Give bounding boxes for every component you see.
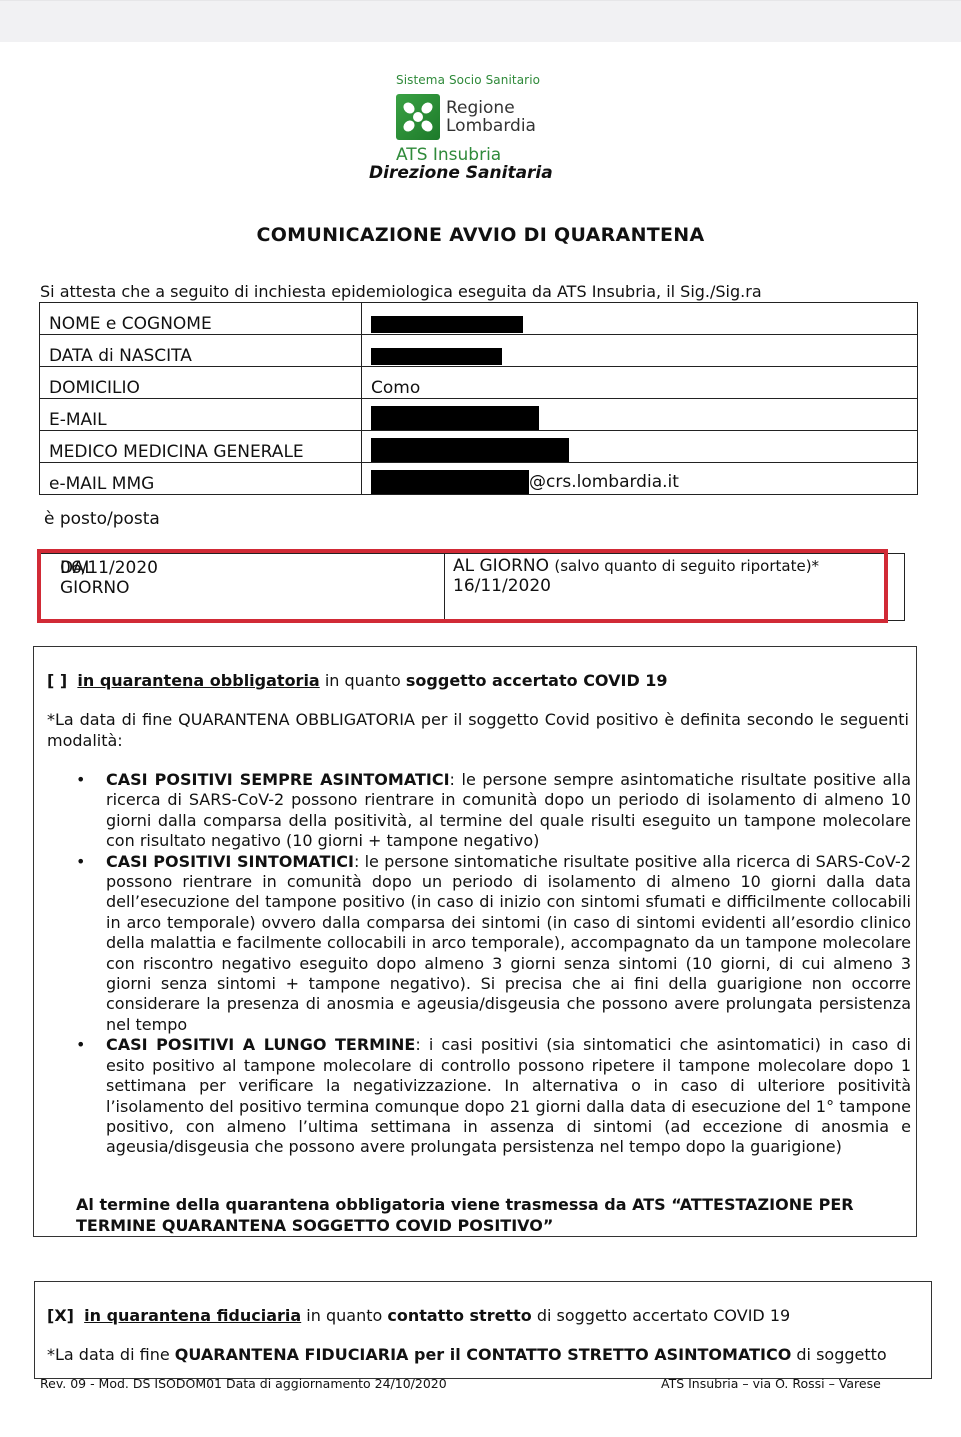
fiduciary-contact: contatto stretto xyxy=(387,1306,531,1325)
mandatory-checkbox[interactable]: [ ] xyxy=(47,671,67,690)
field-label: NOME e COGNOME xyxy=(40,303,362,335)
footer-address: ATS Insubria – via O. Rossi – Varese xyxy=(661,1376,881,1391)
department-name: Direzione Sanitaria xyxy=(369,163,553,183)
field-value xyxy=(362,303,918,335)
logo-subtitle: Sistema Socio Sanitario xyxy=(396,73,540,87)
fiduciary-checkbox[interactable]: [X] xyxy=(47,1306,74,1325)
redaction-bar xyxy=(371,470,529,494)
field-label: E-MAIL xyxy=(40,399,362,431)
table-row: E-MAIL xyxy=(40,399,918,431)
table-row: NOME e COGNOME xyxy=(40,303,918,335)
table-row: e-MAIL MMG@crs.lombardia.it xyxy=(40,463,918,495)
mandatory-intro: *La data di fine QUARANTENA OBBLIGATORIA… xyxy=(47,710,909,751)
redaction-bar xyxy=(371,316,523,333)
field-label: DOMICILIO xyxy=(40,367,362,399)
intro-text: Si attesta che a seguito di inchiesta ep… xyxy=(40,282,762,301)
field-label: e-MAIL MMG xyxy=(40,463,362,495)
field-value xyxy=(362,335,918,367)
list-item: CASI POSITIVI SINTOMATICI: le persone si… xyxy=(106,852,911,1036)
mandatory-closing: Al termine della quarantena obbligatoria… xyxy=(76,1195,916,1236)
fiduciary-intro: *La data di fine QUARANTENA FIDUCIARIA p… xyxy=(47,1345,887,1364)
personal-info-table: NOME e COGNOMEDATA di NASCITADOMICILIOCo… xyxy=(39,302,918,495)
fiduciary-title: in quarantena fiduciaria xyxy=(84,1306,301,1325)
mandatory-title: in quarantena obbligatoria xyxy=(77,671,319,690)
fiduciary-heading: [X] in quarantena fiduciaria in quanto c… xyxy=(47,1306,790,1325)
list-item: CASI POSITIVI SEMPRE ASINTOMATICI: le pe… xyxy=(106,770,911,852)
field-value xyxy=(362,431,918,463)
table-row: DOMICILIOComo xyxy=(40,367,918,399)
list-item: CASI POSITIVI A LUNGO TERMINE: i casi po… xyxy=(106,1035,911,1157)
field-label: MEDICO MEDICINA GENERALE xyxy=(40,431,362,463)
table-row: DATA di NASCITA xyxy=(40,335,918,367)
redaction-bar xyxy=(371,348,502,365)
field-value: @crs.lombardia.it xyxy=(362,463,918,495)
redaction-bar xyxy=(371,406,539,430)
footer-revision: Rev. 09 - Mod. DS ISODOM01 Data di aggio… xyxy=(40,1376,447,1391)
regione-lombardia-rose-icon xyxy=(396,94,440,140)
table-row: MEDICO MEDICINA GENERALE xyxy=(40,431,918,463)
highlight-annotation xyxy=(37,549,888,623)
viewer-top-bar xyxy=(0,0,961,42)
fiduciary-quarantine-section: [X] in quarantena fiduciaria in quanto c… xyxy=(34,1281,932,1379)
logo-agency: ATS Insubria xyxy=(396,145,501,165)
logo-name-line1: Regione xyxy=(446,99,536,117)
field-label: DATA di NASCITA xyxy=(40,335,362,367)
posto-label: è posto/posta xyxy=(44,509,160,529)
mandatory-heading: [ ] in quarantena obbligatoria in quanto… xyxy=(47,671,668,690)
document-title: COMUNICAZIONE AVVIO DI QUARANTENA xyxy=(0,224,961,246)
mandatory-subject: soggetto accertato COVID 19 xyxy=(406,671,668,690)
field-value: Como xyxy=(362,367,918,399)
cases-list: CASI POSITIVI SEMPRE ASINTOMATICI: le pe… xyxy=(47,770,911,1158)
mandatory-quarantine-section: [ ] in quarantena obbligatoria in quanto… xyxy=(33,646,917,1237)
redaction-bar xyxy=(371,438,569,462)
logo-name: Regione Lombardia xyxy=(446,99,536,135)
logo-name-line2: Lombardia xyxy=(446,117,536,135)
field-value xyxy=(362,399,918,431)
